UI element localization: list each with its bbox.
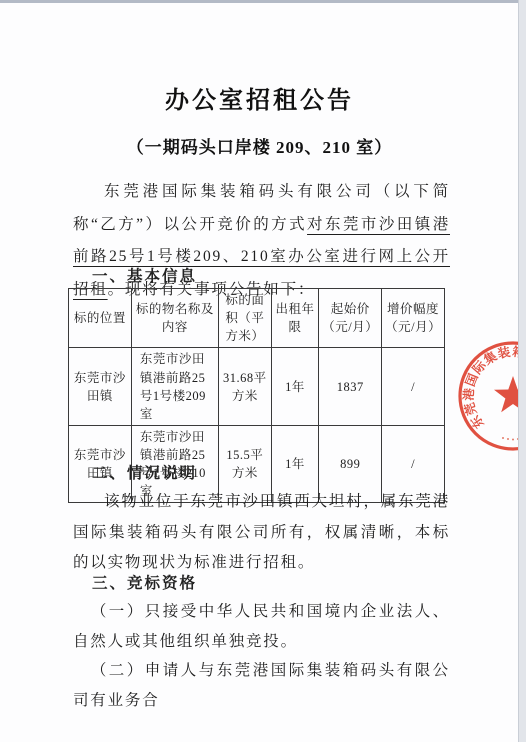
col-header-location: 标的位置 <box>69 289 132 348</box>
section-heading-basic-info: 一、基本信息 <box>92 264 197 286</box>
col-header-name: 标的物名称及内容 <box>131 289 218 348</box>
qualification-items: （一）只接受中华人民共和国境内企业法人、自然人或其他组织单独竞投。 （二）申请人… <box>73 597 450 715</box>
seal-ring <box>460 343 526 449</box>
qualification-item-2: （二）申请人与东莞港国际集装箱码头有限公司有业务合 <box>73 656 450 715</box>
col-header-term: 出租年限 <box>271 289 319 348</box>
table-row: 东莞市沙田镇 东莞市沙田镇港前路25号1号楼209室 31.68平方米 1年 1… <box>69 348 445 426</box>
situation-paragraph: 该物业位于东莞市沙田镇西大坦村，属东莞港国际集装箱码头有限公司所有，权属清晰，本… <box>73 487 450 579</box>
svg-text:东莞港国际集装箱码头有限公司: 东莞港国际集装箱码头有限公司 <box>461 344 526 432</box>
cell-increment: / <box>382 348 445 426</box>
company-seal-stamp: 东莞港国际集装箱码头有限公司 <box>456 339 526 454</box>
col-header-area: 标的面积（平方米） <box>218 289 271 348</box>
table-header-row: 标的位置 标的物名称及内容 标的面积（平方米） 出租年限 起始价（元/月） 增价… <box>69 289 445 348</box>
scan-edge-right <box>518 0 526 742</box>
page-title: 办公室招租公告 <box>0 80 519 115</box>
seal-company-text: 东莞港国际集装箱码头有限公司 <box>461 344 526 432</box>
scanned-document-page: 办公室招租公告 （一期码头口岸楼 209、210 室） 东莞港国际集装箱码头有限… <box>0 0 526 742</box>
col-header-start-price: 起始价（元/月） <box>319 289 382 348</box>
scan-edge-top <box>0 0 526 3</box>
cell-location: 东莞市沙田镇 <box>69 348 132 426</box>
intro-paragraph: 东莞港国际集装箱码头有限公司（以下简称“乙方”）以公开竞价的方式对东莞市沙田镇港… <box>73 176 450 306</box>
cell-name: 东莞市沙田镇港前路25号1号楼209室 <box>131 348 218 426</box>
qualification-item-1: （一）只接受中华人民共和国境内企业法人、自然人或其他组织单独竞投。 <box>73 597 450 656</box>
section-heading-qualification: 三、竞标资格 <box>92 571 197 593</box>
page-subtitle: （一期码头口岸楼 209、210 室） <box>0 133 519 158</box>
cell-term: 1年 <box>271 348 319 426</box>
section-heading-situation: 二、情况说明 <box>92 461 197 483</box>
cell-area: 31.68平方米 <box>218 348 271 426</box>
col-header-increment: 增价幅度（元/月） <box>382 289 445 348</box>
cell-start-price: 1837 <box>319 348 382 426</box>
